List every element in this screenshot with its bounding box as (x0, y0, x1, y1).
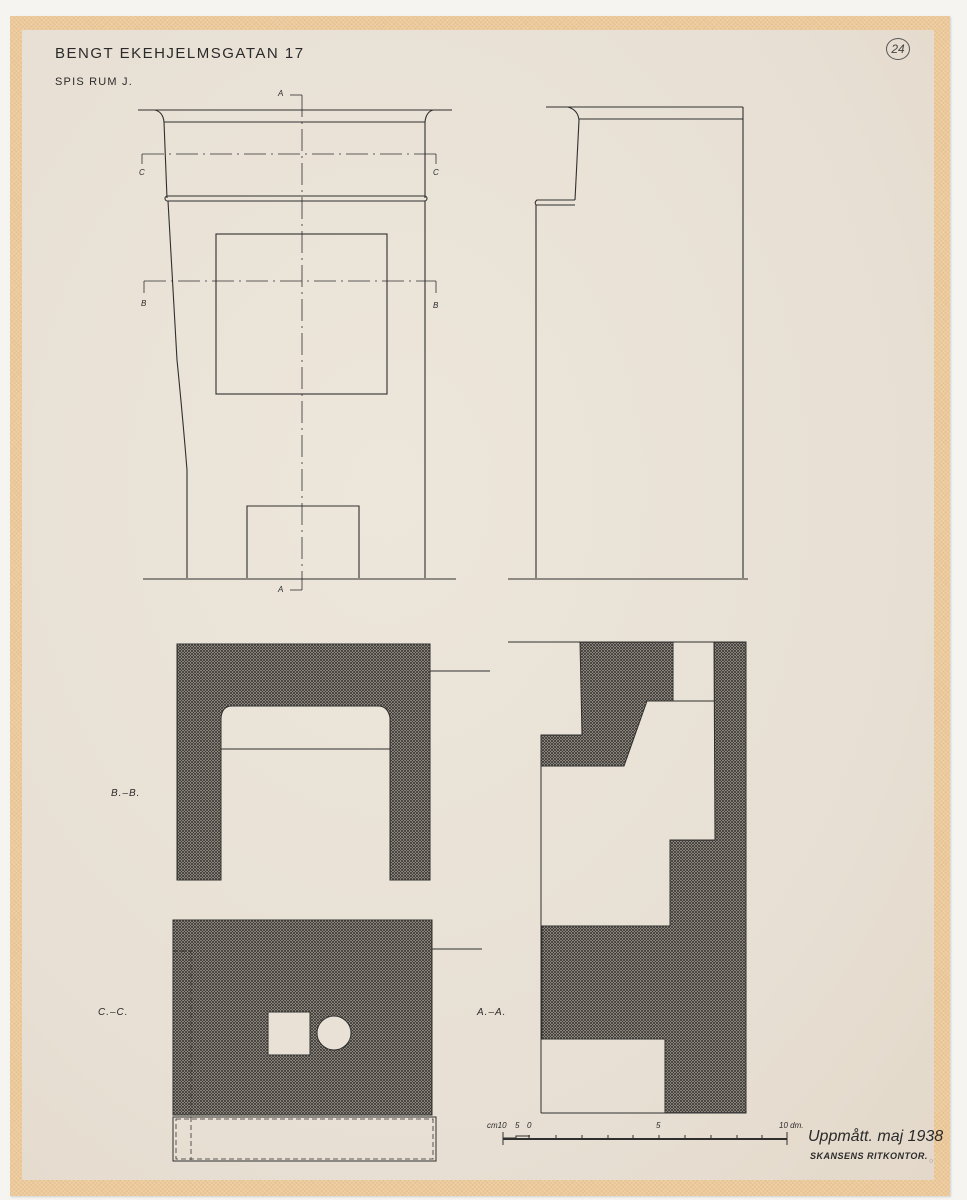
scale-tick-end: 10 dm. (779, 1121, 803, 1130)
section-cc (173, 920, 482, 1161)
cut-label-b-right: B (433, 301, 438, 310)
cut-label-b-left: B (141, 299, 146, 308)
section-label-bb: B.–B. (111, 788, 140, 799)
drawing-subtitle: SPIS RUM J. (55, 76, 133, 88)
scale-tick-0: 0 (527, 1121, 531, 1130)
survey-date: Uppmått. maj 1938 (808, 1128, 943, 1146)
scale-tick-mid: 5 (656, 1121, 660, 1130)
cut-label-a-top: A (278, 89, 283, 98)
section-bb (177, 644, 490, 880)
cut-label-c-left: C (139, 168, 145, 177)
cut-label-c-right: C (433, 168, 439, 177)
scale-tick-5: 5 (515, 1121, 519, 1130)
front-elevation (138, 95, 456, 590)
side-elevation (508, 107, 748, 579)
corner-mark: ○ (929, 1158, 933, 1165)
section-label-cc: C.–C. (98, 1007, 129, 1018)
drafting-office: SKANSENS RITKONTOR. (810, 1151, 928, 1161)
scale-bar (503, 1132, 787, 1145)
cut-label-a-bottom: A (278, 585, 283, 594)
section-label-aa: A.–A. (477, 1007, 506, 1018)
drawing-title: BENGT EKEHJELMSGATAN 17 (55, 45, 305, 62)
section-aa (508, 642, 746, 1113)
technical-drawing (0, 0, 967, 1200)
scale-unit-left: cm10 (487, 1121, 507, 1130)
sheet-number: 24 (886, 38, 910, 60)
